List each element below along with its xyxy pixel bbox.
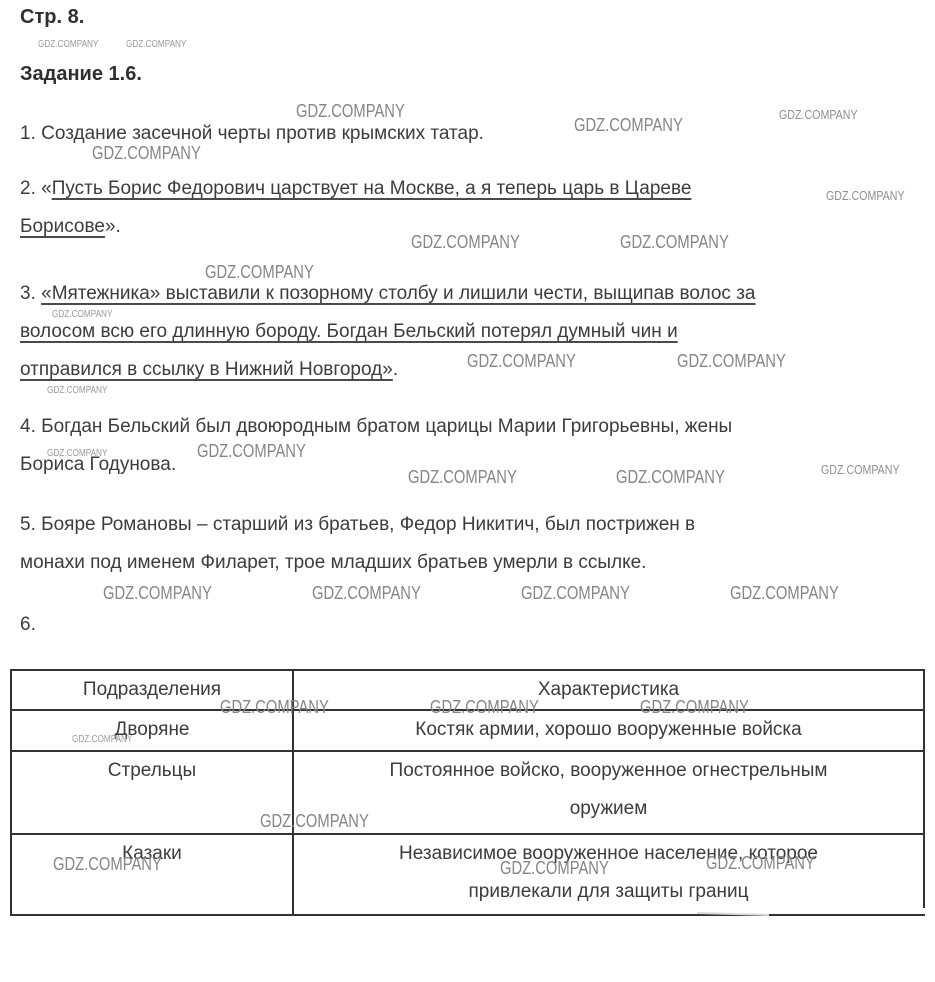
watermark-text: GDZ.COMPANY <box>103 584 212 602</box>
watermark-text: GDZ.COMPANY <box>430 698 539 716</box>
plain-text: ». <box>105 216 121 237</box>
text-line: 2. «Пусть Борис Федорович царствует на М… <box>20 170 911 208</box>
table-row: СтрельцыПостоянное войско, вооруженное о… <box>11 751 924 834</box>
watermark-text: GDZ.COMPANY <box>296 102 405 120</box>
watermark-text: GDZ.COMPANY <box>730 584 839 602</box>
plain-text: 1. Создание засечной черты против крымск… <box>20 123 484 144</box>
description-line: оружием <box>294 790 923 828</box>
text-line: 6. <box>20 606 911 644</box>
underlined-text: отправился в ссылку в Нижний Новгород» <box>20 359 393 380</box>
watermark-text: GDZ.COMPANY <box>677 352 786 370</box>
text-line: волосом всю его длинную бороду. Богдан Б… <box>20 313 911 351</box>
description-line: Костяк армии, хорошо вооруженные войска <box>294 711 923 749</box>
task-items: 1. Создание засечной черты против крымск… <box>20 115 911 644</box>
unit-name-cell: Стрельцы <box>11 751 293 834</box>
text-line: монахи под именем Филарет, трое младших … <box>20 544 911 582</box>
watermark-text: GDZ.COMPANY <box>72 735 132 745</box>
plain-text: 2. « <box>20 178 52 199</box>
watermark-text: GDZ.COMPANY <box>53 855 162 873</box>
table-row: КазакиНезависимое вооруженное население,… <box>11 834 924 915</box>
watermark-text: GDZ.COMPANY <box>706 854 815 872</box>
plain-text: 6. <box>20 614 36 635</box>
watermark-text: GDZ.COMPANY <box>408 468 517 486</box>
watermark-text: GDZ.COMPANY <box>220 698 329 716</box>
plain-text: монахи под именем Филарет, трое младших … <box>20 552 646 573</box>
watermark-text: GDZ.COMPANY <box>52 310 112 320</box>
watermark-text: GDZ.COMPANY <box>500 859 609 877</box>
underlined-text: Борисове <box>20 216 105 237</box>
plain-text: . <box>393 359 398 380</box>
watermark-text: GDZ.COMPANY <box>260 812 369 830</box>
description-line: привлекали для защиты границ <box>294 873 923 911</box>
watermark-text: GDZ.COMPANY <box>616 468 725 486</box>
unit-name-cell: Казаки <box>11 834 293 915</box>
unit-description-cell: Костяк армии, хорошо вооруженные войска <box>293 710 924 751</box>
table-header-characteristic: Характеристика <box>293 670 924 710</box>
task-item-5: 5. Бояре Романовы – старший из братьев, … <box>20 506 911 582</box>
watermark-text: GDZ.COMPANY <box>47 386 107 396</box>
watermark-text: GDZ.COMPANY <box>411 233 520 251</box>
watermark-text: GDZ.COMPANY <box>521 584 630 602</box>
unit-description-cell: Постоянное войско, вооруженное огнестрел… <box>293 751 924 834</box>
text-line: 5. Бояре Романовы – старший из братьев, … <box>20 506 911 544</box>
task-heading: Задание 1.6. <box>20 61 911 87</box>
watermark-text: GDZ.COMPANY <box>126 40 186 50</box>
plain-text: 5. Бояре Романовы – старший из братьев, … <box>20 514 695 535</box>
plain-text: 4. Богдан Бельский был двоюродным братом… <box>20 416 732 437</box>
watermark-text: GDZ.COMPANY <box>574 116 683 134</box>
task-item-6: 6. <box>20 606 911 644</box>
underlined-text: волосом всю его длинную бороду. Богдан Б… <box>20 321 678 342</box>
watermark-text: GDZ.COMPANY <box>197 442 306 460</box>
page-title: Стр. 8. <box>20 4 911 30</box>
document-page: Стр. 8. Задание 1.6. 1. Создание засечно… <box>0 0 935 982</box>
watermark-text: GDZ.COMPANY <box>205 263 314 281</box>
text-line: 4. Богдан Бельский был двоюродным братом… <box>20 408 911 446</box>
watermark-text: GDZ.COMPANY <box>779 108 858 121</box>
watermark-text: GDZ.COMPANY <box>640 698 749 716</box>
underlined-text: «Мятежника» выставили к позорному столбу… <box>41 283 755 304</box>
watermark-text: GDZ.COMPANY <box>312 584 421 602</box>
plain-text: 3. <box>20 283 41 304</box>
watermark-text: GDZ.COMPANY <box>821 463 900 476</box>
watermark-text: GDZ.COMPANY <box>826 189 905 202</box>
watermark-text: GDZ.COMPANY <box>467 352 576 370</box>
description-line: Постоянное войско, вооруженное огнестрел… <box>294 752 923 790</box>
watermark-text: GDZ.COMPANY <box>620 233 729 251</box>
watermark-text: GDZ.COMPANY <box>38 40 98 50</box>
underlined-text: Пусть Борис Федорович царствует на Москв… <box>52 178 692 199</box>
task-item-3: 3. «Мятежника» выставили к позорному сто… <box>20 275 911 389</box>
watermark-text: GDZ.COMPANY <box>47 449 107 459</box>
text-line: 3. «Мятежника» выставили к позорному сто… <box>20 275 911 313</box>
watermark-text: GDZ.COMPANY <box>92 144 201 162</box>
